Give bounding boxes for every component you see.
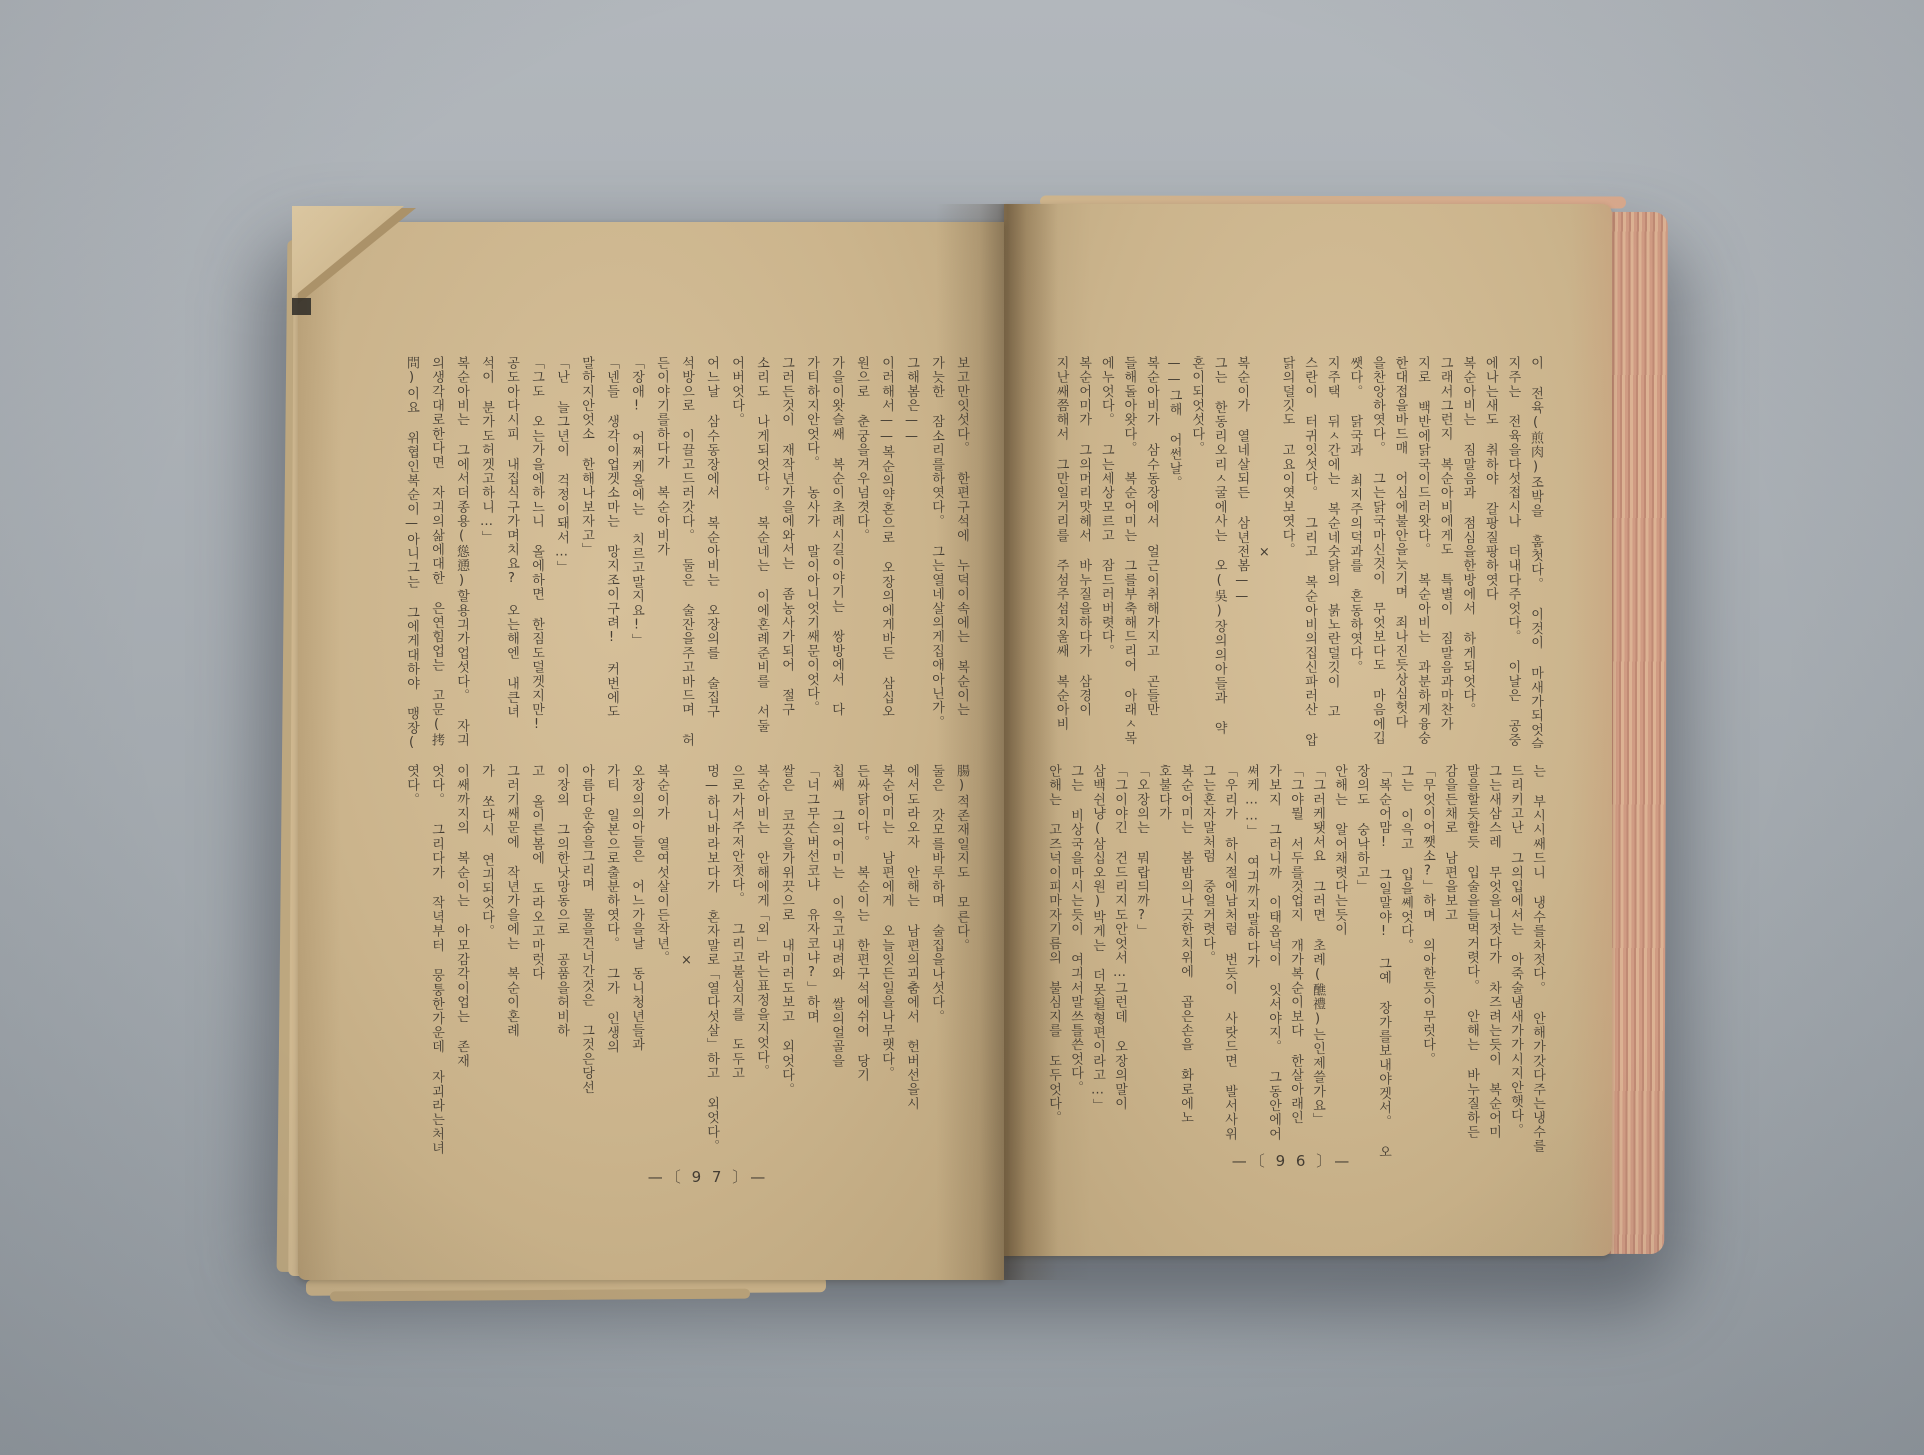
text-column: 복순이가 열네살되든 삼년전봄—— <box>1230 356 1253 748</box>
text-column: 고 올이른봄에 도라오고마럿다 <box>524 764 549 1156</box>
text-column: 「그러케됏서요 그러면 초례(醮禮)는인제쓸가요」 <box>1306 764 1328 1156</box>
text-column: 어버엇다。 <box>724 356 749 748</box>
text-column: 을찬앙하엿다。 그는닭국마신것이 무엇보다도 마음에깁 <box>1365 356 1388 748</box>
text-column: 가보지 그러니까 이태옴넉이 잇서야지。 그동안에어 <box>1262 764 1284 1156</box>
text-column: 원으로 춘궁을겨우넘겻다。 <box>849 356 874 748</box>
text-column: 지로 백반에닭국이드러왓다。 복순아비는 과분하게융숭 <box>1410 356 1433 748</box>
text-column: 삼백쉰냥(삼십오원)박게는 더못될형편이라고…」 <box>1086 764 1108 1156</box>
text-column: 가을이왓슬쌔 복순이초례시길이야기는 쌍방에서 다 <box>824 356 849 748</box>
text-column: 지난쌔쯤해서 그만일거리를 주섬주섬치울쌔 복순아비 <box>1049 356 1072 748</box>
text-column: 의생각대로한다면 자긔의삶에대한 은연힘업는 고문(拷 <box>424 356 449 748</box>
text-column: 안해는 고즈넉이피마자기름의 불심지를 도두엇다。 <box>1042 764 1064 1156</box>
text-column: 든싸닭이다。 복순이는 한편구석에쉬어 당기 <box>849 764 874 1156</box>
text-column: 복순아비가 삼수동장에서 얼근이취해가지고 곤들만 <box>1139 356 1162 748</box>
text-column: 으로가서주저안젓다。 그리고불심지를 도두고 <box>724 764 749 1156</box>
text-column: 「오장의는 뭐랍듸까?」 <box>1130 764 1152 1156</box>
text-column: 복순어미가 그의머리맛헤서 바누질을하다가 삼경이 <box>1072 356 1095 748</box>
text-column: 「장애! 어쩌케올에는 치르고말지요!」 <box>624 356 649 748</box>
text-column: 소리도 나게되엇다。 복순네는 이에혼례준비를 서둘 <box>749 356 774 748</box>
text-column: 복순어미는 봄밤의나긋한치위에 곱은손을 화로에노 <box>1174 764 1196 1156</box>
text-column: 이장의 그의한낫망동으로 공품을허비하 <box>549 764 574 1156</box>
text-column: 엇다。 그리다가 작녁부터 뭉퉁한가운데 자괴라는처녀 <box>424 764 449 1156</box>
text-column: 장의도 숭낙하고」 <box>1350 764 1372 1156</box>
text-column: 가티하지안엇다。 농사가 말이아니엇기쌔문이엇다。 <box>799 356 824 748</box>
section-divider: × <box>674 764 699 1156</box>
text-column: 가티 일본으로출분하엿다。 그가 인생의 <box>599 764 624 1156</box>
text-column: 한대접을바드매 어심에불안을늣기며 죄나진듯상심헛다 <box>1388 356 1411 748</box>
text-column: 안해는 알어채렷다는듯이 <box>1328 764 1350 1156</box>
text-column: 그는 비상국을마시는듯이 여긔서말쓰틀쓴엇다。 <box>1064 764 1086 1156</box>
text-column: 그러든것이 재작년가을에와서는 좀농사가되어 절구 <box>774 356 799 748</box>
text-column: 지주는 전육을다섯접시나 더내다주엇다。 이날은 공중 <box>1501 356 1524 748</box>
text-column: 에서도라오자 안해는 남편의괴춤에서 헌버선을시 <box>899 764 924 1156</box>
text-column: 에누엇다。 그는세상모르고 잠드러버렷다。 <box>1094 356 1117 748</box>
text-column: 드리키고난 그의입에서는 아죽술냄새가가시지안햇다。 <box>1504 764 1526 1156</box>
text-column: 「복순어맘! 그일말야! 그예 장가를보내야겟서。 오 <box>1372 764 1394 1156</box>
left-page-bottom-text-block: 腸)적존재일지도 모른다。둘은 갓모를바루하며 술집을나섯다。에서도라오자 안해… <box>396 764 974 1156</box>
text-column: 「그이야긴 건드리지도안엇서…그런데 오장의말이 <box>1108 764 1130 1156</box>
text-column: 엿다。 <box>399 764 424 1156</box>
text-column: 지주택 뒤ㅅ간에는 복순네숫닭의 붉노란덜깃이 고 <box>1320 356 1343 748</box>
text-column: 멍—하니바라보다가 혼자말로「열다섯살」하고 외엇다。 <box>699 764 724 1156</box>
text-column: 석방으로 이끌고드러갓다。 둘은 술잔을주고바드며 허 <box>674 356 699 748</box>
text-column: 감을든채로 남편을보고 <box>1438 764 1460 1156</box>
text-column: 쎠케……」 여긔까지말하다가 <box>1240 764 1262 1156</box>
text-column: 오장의의아들은 어느가을날 동니청년들과 <box>624 764 649 1156</box>
text-column: 보고만잇섯다。 한편구석에 누덕이속에는 복순이는 <box>949 356 974 748</box>
text-column: 든이야기를하다가 복순아비가 <box>649 356 674 748</box>
text-column: 그는 한동리오리ㅅ굴에사는 오(吳)장의의아들과 약 <box>1207 356 1230 748</box>
text-column: 「너그무슨버선코냐 유자코냐?」하며 <box>799 764 824 1156</box>
text-column: 가늣한 잠소리를하엿다。 그는열네살의게집애아닌가。 <box>924 356 949 748</box>
text-column: 말하지안엇소 한해나보자고」 <box>574 356 599 748</box>
text-column: 이러해서——복순의약혼으로 오장의에게바든 삼십오 <box>874 356 899 748</box>
text-column: 복순아비는 안해에게「외」라는표정을지엇다。 <box>749 764 774 1156</box>
right-page-top-text-block: 이 전육(煎肉)조박을 훔첫다。 이것이 마새가되엇슬쌔지주는 전육을다섯접시나… <box>1044 356 1546 748</box>
page-number-96: —〔 9 6 〕— <box>1212 1150 1372 1171</box>
text-column: 혼이되엇섯다。 <box>1185 356 1208 748</box>
text-column: 복순어미는 남편에게 오늘잇든일을나무랫다。 <box>874 764 899 1156</box>
text-column: 복순아비는 그에서더종용(慫慂)할용긔가업섯다。 자긔 <box>449 356 474 748</box>
right-page-bottom-text-block: 는 부시시쌔드니 냉수를차젓다。 안해가갓다주는냉수를드리키고난 그의입에서는 … <box>1038 764 1548 1156</box>
text-column: 그해봄은—— <box>899 356 924 748</box>
text-column: 는 부시시쌔드니 냉수를차젓다。 안해가갓다주는냉수를 <box>1526 764 1548 1156</box>
text-column: 問)이요 위협인복순이—아니그는 그에게대하야 맹장(盲 <box>399 356 424 748</box>
text-column: 「넨들 생각이업겟소마는 망지조이구려! 커번에도 <box>599 356 624 748</box>
ink-mark <box>292 298 311 315</box>
text-column: 그러기쌔문에 작년가을에는 복순이혼례 <box>499 764 524 1156</box>
text-column: 스란이 터귀잇섯다。 그리고 복순아비의집신파러산 압 <box>1297 356 1320 748</box>
text-column: 「무엇이어쨋소?」하며 의아한듯이무럿다。 <box>1416 764 1438 1156</box>
text-column: 호불다가 <box>1152 764 1174 1156</box>
text-column: 말을할듯할듯 입술을들먹거렷다。 안해는 바누질하든 <box>1460 764 1482 1156</box>
text-column: 「우리가 하시절에남처럼 번듯이 사랏드면 발서사위 <box>1218 764 1240 1156</box>
text-column: 그는새삼스레 무엇을니젓다가 차즈려는듯이 복순어미 <box>1482 764 1504 1156</box>
text-column: 이쌔까지의 복순이는 아모감각이업는 존재 <box>449 764 474 1156</box>
text-column: 그래서그런지 복순아비에게도 특별이 짐말음과마찬가 <box>1433 356 1456 748</box>
text-column: 「그도 오는가을에하느니 올에하면 한짐도덜겟지만! <box>524 356 549 748</box>
text-column: 들해돌아왓다。 복순어미는 그를부축해드리어 아래ㅅ목 <box>1117 356 1140 748</box>
text-column: 어느날 삼수동장에서 복순아비는 오장의를 술집구 <box>699 356 724 748</box>
text-column: 칩쌔 그의어미는 이윽고내려와 쌀의얼골을 <box>824 764 849 1156</box>
text-column: 그는혼자말처럼 중얼거렷다。 <box>1196 764 1218 1156</box>
text-column: ——그해 어썬날。 <box>1162 356 1185 748</box>
text-column: 둘은 갓모를바루하며 술집을나섯다。 <box>924 764 949 1156</box>
page-edge-stack-right <box>1606 212 1668 1254</box>
text-column: 이 전육(煎肉)조박을 훔첫다。 이것이 마새가되엇슬쌔 <box>1523 356 1546 748</box>
page-number-97: —〔 9 7 〕— <box>628 1166 788 1187</box>
section-divider: × <box>1252 356 1275 748</box>
text-column: 쌀은 코끗을가위끗으로 내미러도보고 외엇다。 <box>774 764 799 1156</box>
text-column: 복순아비는 짐말음과 점심을한방에서 하게되엇다。 <box>1456 356 1479 748</box>
text-column: 腸)적존재일지도 모른다。 <box>949 764 974 1156</box>
text-column: 쌧다。 닭국과 최지주의덕과를 혼동하엿다。 <box>1343 356 1366 748</box>
book-photo-scene: 보고만잇섯다。 한편구석에 누덕이속에는 복순이는가늣한 잠소리를하엿다。 그는… <box>0 0 1924 1455</box>
text-column: 공도아다시피 내집식구가며치요? 오는해엔 내큰녀 <box>499 356 524 748</box>
text-column: 가 쏘다시 연긔되엇다。 <box>474 764 499 1156</box>
text-column: 석이 분가도허겟고하니…」 <box>474 356 499 748</box>
text-column: 에나는새도 취하야 갈팡질팡하엿다 <box>1478 356 1501 748</box>
text-column: 복순이가 열여섯살이든작년。 <box>649 764 674 1156</box>
text-column: 「그야뭘 서두를것업지 개가복순이보다 한살아래인 <box>1284 764 1306 1156</box>
text-column: 「난 늘그년이 걱정이돼서…」 <box>549 356 574 748</box>
text-column: 그는 이윽고 입을쎼엇다。 <box>1394 764 1416 1156</box>
left-page-top-text-block: 보고만잇섯다。 한편구석에 누덕이속에는 복순이는가늣한 잠소리를하엿다。 그는… <box>396 356 974 748</box>
text-column: 닭의덜깃도 고요이엿보엿다。 <box>1275 356 1298 748</box>
text-column: 아름다운숨을그리며 물을건너간것은 그것은당선 <box>574 764 599 1156</box>
